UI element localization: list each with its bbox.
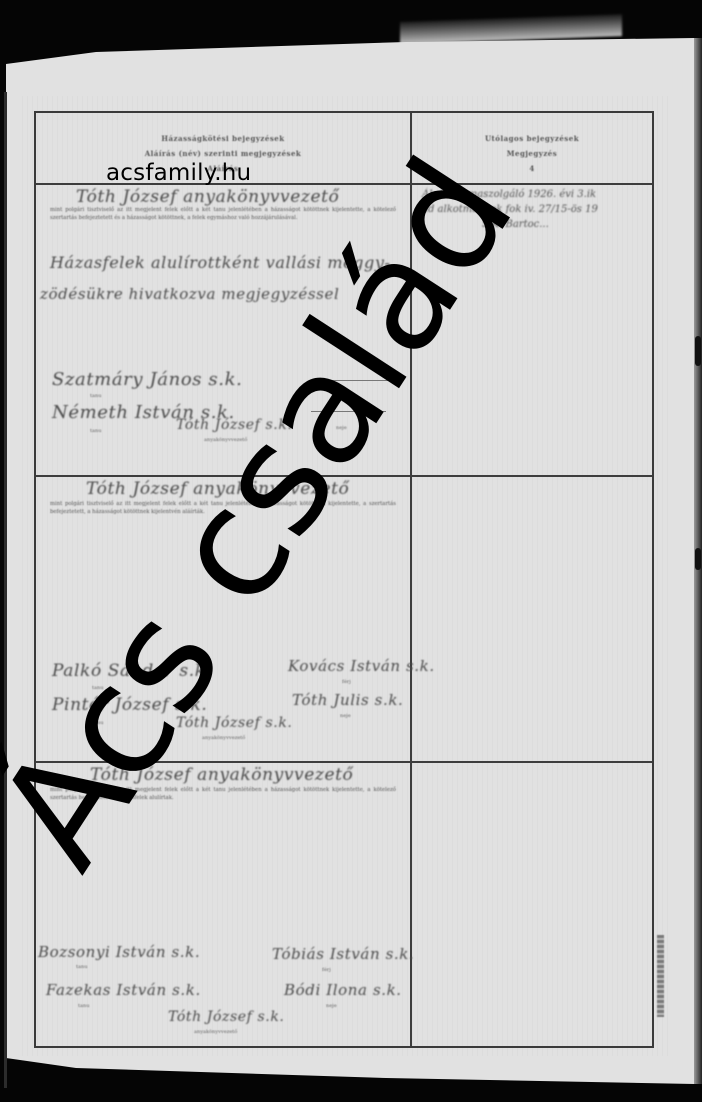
page-edge-left bbox=[4, 92, 7, 1088]
witness-label: tanu bbox=[76, 964, 87, 970]
spouse-signature: Tóbiás István s.k. bbox=[272, 945, 414, 963]
spouse-label: neje bbox=[326, 1003, 337, 1009]
spouse-label: férj bbox=[322, 967, 331, 973]
header-subtitle: Megjegyzés bbox=[412, 146, 652, 161]
header-title: Házasságkötési bejegyzések bbox=[36, 131, 410, 146]
registrar-name: Tóth József anyakönyvvezető bbox=[76, 187, 339, 207]
witness-label: tanu bbox=[90, 393, 101, 399]
signature-label: anyakönyvvezető bbox=[194, 1029, 237, 1035]
witness-label: tanu bbox=[90, 428, 101, 434]
witness-signature: Bozsonyi István s.k. bbox=[38, 943, 200, 961]
spouse-label: férj bbox=[342, 679, 351, 685]
scan-shadow bbox=[400, 14, 622, 44]
spouse-label: neje bbox=[340, 713, 351, 719]
witness-signature: Szatmáry János s.k. bbox=[52, 369, 242, 390]
witness-label: tanu bbox=[78, 1003, 89, 1009]
witness-signature: Fazekas István s.k. bbox=[46, 981, 201, 999]
header-subtitle: Aláírás (név) szerinti megjegyzések bbox=[36, 146, 410, 161]
registrar-signature: Tóth József s.k. bbox=[168, 1009, 284, 1025]
binding-mark bbox=[695, 336, 701, 366]
spouse-signature: Tóth Julis s.k. bbox=[292, 691, 403, 709]
printer-stamp bbox=[657, 935, 664, 1017]
binding-mark bbox=[695, 548, 701, 570]
spouse-signature: Kovács István s.k. bbox=[288, 657, 435, 675]
spouse-signature: Bódi Ilona s.k. bbox=[284, 981, 402, 999]
header-title: Utólagos bejegyzések bbox=[412, 131, 652, 146]
site-watermark: acsfamily.hu bbox=[106, 160, 251, 186]
